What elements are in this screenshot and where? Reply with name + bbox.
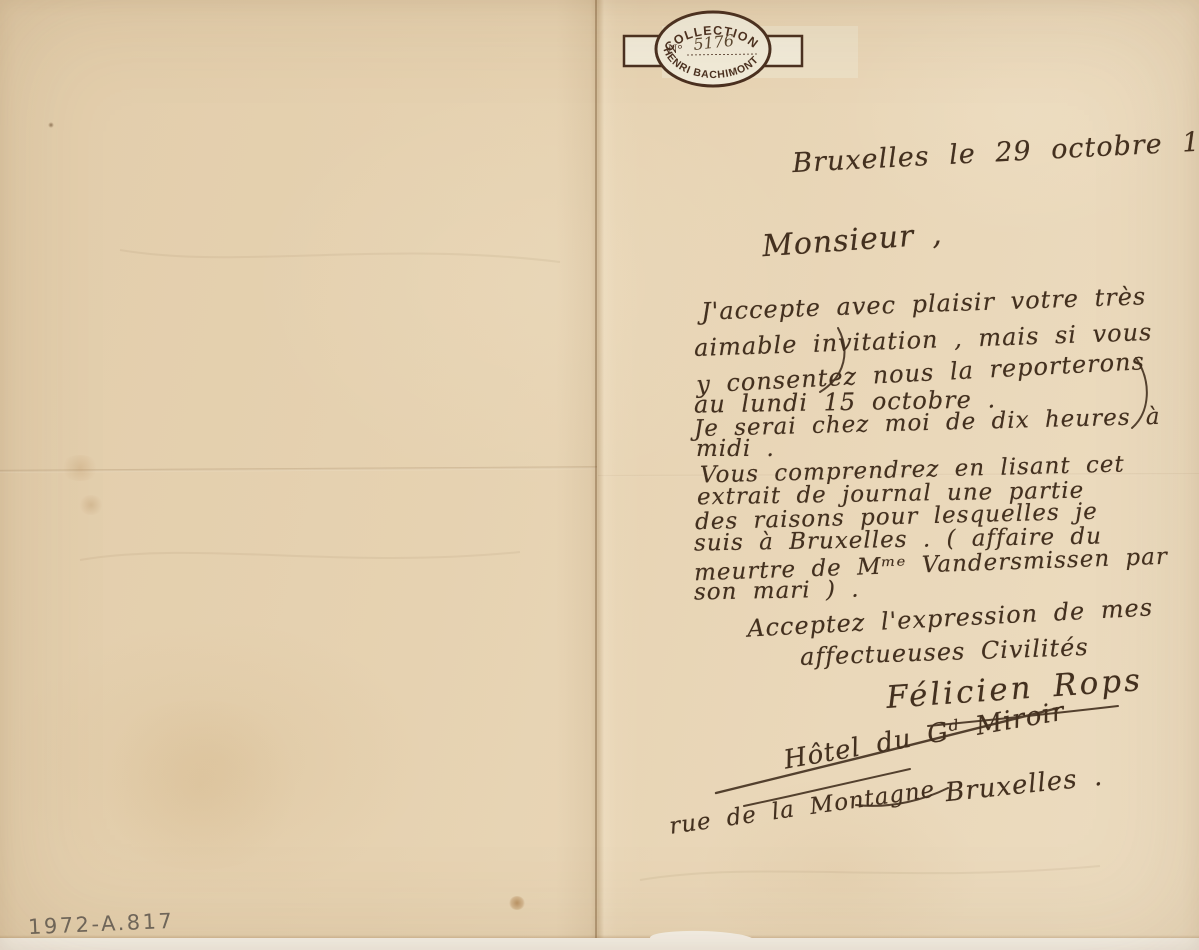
body-line: y consentez nous la reporterons [696,349,1146,396]
body-line: aimable invitation , mais si vous [694,320,1153,360]
stamp-left-wing [624,36,664,66]
stain [60,455,100,481]
inventory-number: 1972-A.817 [28,909,175,939]
horizontal-fold-crease-left [0,466,597,473]
body-line: midi . [696,438,775,461]
letter-scan: { "document_kind": "handwritten letter, … [0,0,1199,950]
body-line: des raisons pour lesquelles je [695,501,1098,535]
closing-line: Acceptez l'expression de mes [747,595,1154,640]
body-line: extrait de journal une partie [697,480,1085,510]
body-line: suis à Bruxelles . ( affaire du [694,525,1102,555]
stain [48,122,54,128]
signature: Félicien Rops [885,665,1144,714]
address-strike-short [744,769,910,806]
center-fold-shadow [556,0,642,950]
stamp-glue-residue [662,26,858,78]
stamp-owner-arc-text: HENRI BACHIMONT [661,46,762,81]
address-hotel: Hôtel du Gᵈ Miroir [782,699,1067,774]
stamp-right-wing [762,36,802,66]
paper-edge-notch [650,930,754,949]
stain [78,495,104,515]
horizontal-fold-crease-right [598,473,1199,477]
svg-text:HENRI BACHIMONT: HENRI BACHIMONT [661,46,762,81]
stain [90,700,310,870]
svg-text:COLLECTION: COLLECTION [662,23,762,54]
closing-line: affectueuses Civilités [800,635,1089,669]
wrinkle [80,552,520,560]
bruxelles-swash [856,788,948,806]
stamp-oval [656,12,770,86]
signature-underline [928,706,1118,726]
stamp-collection-arc-text: COLLECTION [662,23,762,54]
center-fold-line [595,0,597,950]
paper-bottom-edge [0,935,1199,939]
body-line: Je serai chez moi de dix heures à [694,406,1161,441]
stain [509,896,525,910]
collection-stamp: COLLECTION N° 5176 HENRI BACHIMONT [610,0,870,100]
body-line: Vous comprendrez en lisant cet [700,453,1125,487]
scan-vignette [0,0,1199,950]
salutation: Monsieur , [761,220,943,263]
dateline: Bruxelles le 29 octobre 1886 [792,126,1199,177]
body-line: au lundi 15 octobre . [694,387,996,416]
address-city: Bruxelles . [944,764,1104,806]
body-line: meurtre de Mᵐᵉ Vandersmissen par [694,546,1169,586]
wrinkle [640,866,1100,880]
stamp-number-label: N° [668,41,683,56]
body-line: son mari ) . [694,579,860,605]
invitation-flourish [820,328,844,392]
stamp-number-value: 5176 [692,31,734,54]
stamp-number-dotted-line [687,54,757,55]
scanner-strip [0,938,1199,950]
body-line: J'accepte avec plaisir votre très [701,284,1147,324]
address-strike-long [716,708,1058,793]
wrinkle [120,250,560,262]
reporterons-flourish [1132,358,1147,428]
address-street: rue de la Montagne [668,779,937,839]
ink-flourishes [0,0,1199,950]
paper-texture [0,0,1199,950]
